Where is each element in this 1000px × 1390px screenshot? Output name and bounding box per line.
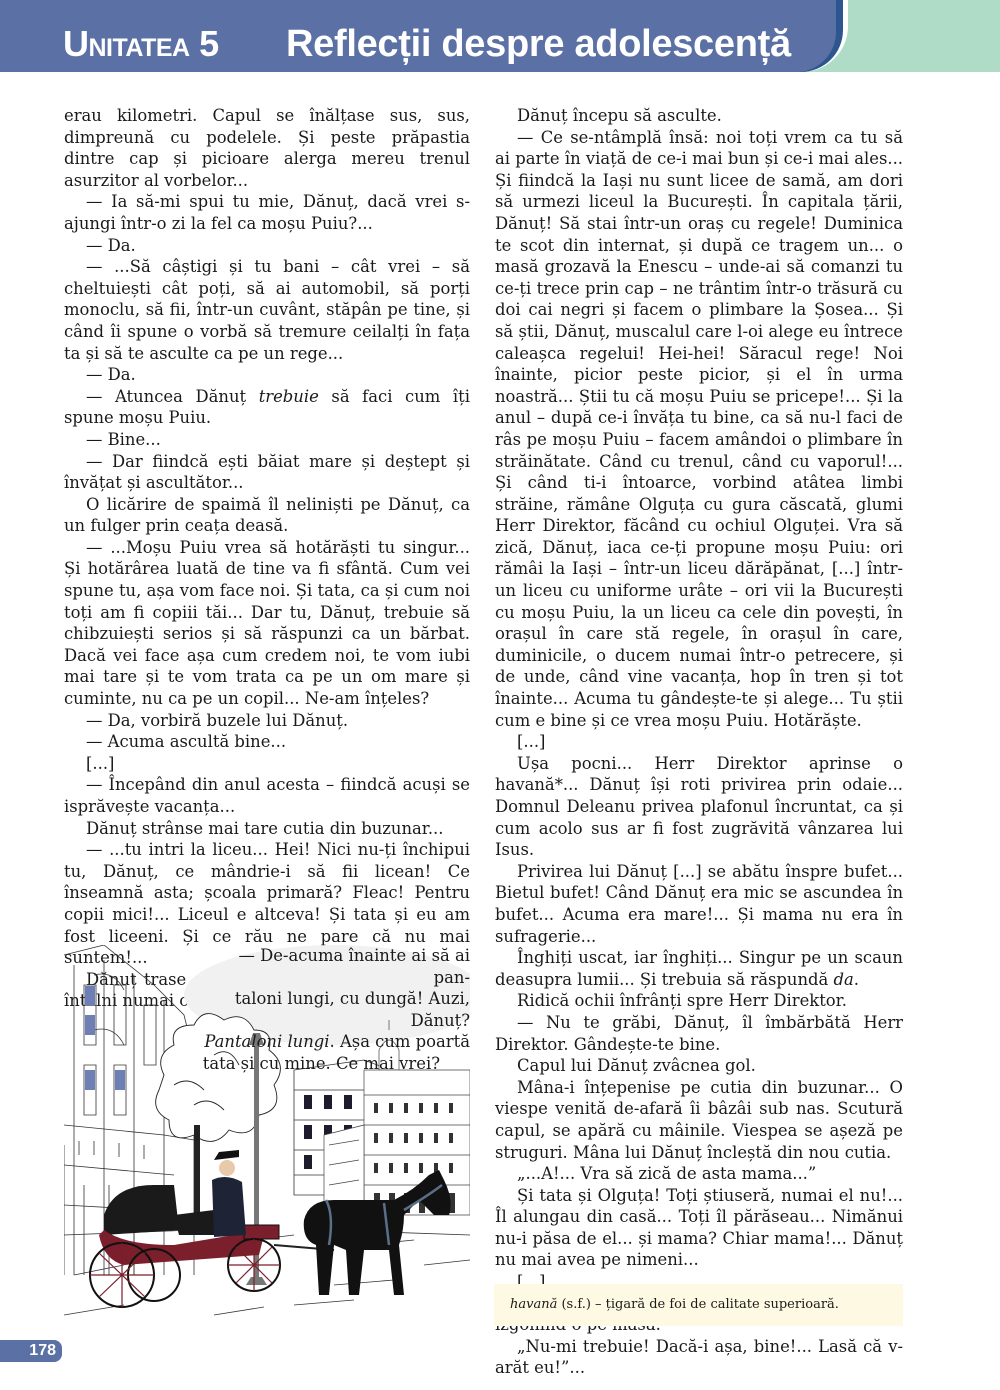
unit-title: Reflecții despre adolescență bbox=[286, 22, 791, 66]
paragraph: — Nu te grăbi, Dănuț, îl îmbărbătă Herr … bbox=[495, 1012, 903, 1055]
quote-italic: Pantaloni lungi bbox=[204, 1032, 329, 1051]
paragraph: Dănuț strânse mai tare cutia din buzunar… bbox=[64, 818, 470, 840]
quote-text: . Așa cum poartă bbox=[330, 1032, 470, 1051]
glossary-definition: (s.f.) – țigară de foi de calitate super… bbox=[557, 1297, 839, 1312]
paragraph: [...] bbox=[495, 731, 903, 753]
paragraph: — Da, vorbiră buzele lui Dănuț. bbox=[64, 710, 470, 732]
page-number: 178 bbox=[0, 1340, 62, 1362]
paragraph: Și tata și Olguța! Toți știuseră, numai … bbox=[495, 1185, 903, 1271]
paragraph: — Dar fiindcă ești băiat mare și deștept… bbox=[64, 451, 470, 494]
paragraph: — Acuma ascultă bine... bbox=[64, 731, 470, 753]
unit-label: Unitatea 5 bbox=[63, 24, 219, 64]
paragraph: „...A!... Vra să zică de asta mama...” bbox=[495, 1163, 903, 1185]
paragraph: [...] bbox=[64, 753, 470, 775]
paragraph: Mâna-i înțepenise pe cutia din buzunar..… bbox=[495, 1077, 903, 1163]
paragraph: Ușa pocni... Herr Direktor aprinse o hav… bbox=[495, 753, 903, 861]
text: . bbox=[854, 970, 859, 989]
paragraph: Privirea lui Dănuț [...] se abătu înspre… bbox=[495, 861, 903, 947]
paragraph: — Atuncea Dănuț trebuie să faci cum îți … bbox=[64, 386, 470, 429]
left-column: erau kilometri. Capul se înălțase sus, s… bbox=[64, 105, 470, 1012]
paragraph: — Ce se-ntâmplă însă: noi toți vrem ca t… bbox=[495, 127, 903, 732]
italic-word: da bbox=[833, 970, 853, 989]
paragraph: Dănuț începu să asculte. bbox=[495, 105, 903, 127]
paragraph: Înghiți uscat, iar înghiți... Singur pe … bbox=[495, 947, 903, 990]
paragraph: — ...Moșu Puiu vrea să hotărăști tu sing… bbox=[64, 537, 470, 710]
text: — Atuncea Dănuț bbox=[86, 387, 259, 406]
paragraph: — Ia să-mi spui tu mie, Dănuț, dacă vrei… bbox=[64, 191, 470, 234]
italic-word: trebuie bbox=[259, 387, 319, 406]
quote-line: taloni lungi, cu dungă! Auzi, Dănuț? bbox=[200, 988, 470, 1031]
page-header: Unitatea 5 Reflecții despre adolescență bbox=[0, 0, 1000, 72]
paragraph: — Bine... bbox=[64, 429, 470, 451]
paragraph: Capul lui Dănuț zvâcnea gol. bbox=[495, 1055, 903, 1077]
quote-line: — De-acuma înainte ai să ai pan- bbox=[200, 945, 470, 988]
paragraph: Ridică ochii înfrânți spre Herr Direktor… bbox=[495, 990, 903, 1012]
glossary-term: havană bbox=[510, 1297, 557, 1312]
dialogue-quote: — De-acuma înainte ai să ai pan- taloni … bbox=[200, 945, 470, 1075]
paragraph: O licărire de spaimă îl neliniști pe Dăn… bbox=[64, 494, 470, 537]
paragraph: „Nu-mi trebuie! Dacă-i așa, bine!... Las… bbox=[495, 1336, 903, 1379]
quote-line: Pantaloni lungi. Așa cum poartă bbox=[200, 1031, 470, 1053]
paragraph: erau kilometri. Capul se înălțase sus, s… bbox=[64, 105, 470, 191]
quote-line: tata și cu mine. Ce mai vrei? bbox=[200, 1053, 470, 1075]
glossary-note: havană (s.f.) – țigară de foi de calitat… bbox=[494, 1284, 903, 1326]
right-column: Dănuț începu să asculte. — Ce se-ntâmplă… bbox=[495, 105, 903, 1379]
paragraph: — Da. bbox=[64, 235, 470, 257]
paragraph: — Începând din anul acesta – fiindcă acu… bbox=[64, 774, 470, 817]
paragraph: — Da. bbox=[64, 364, 470, 386]
paragraph: — ...Să câștigi și tu bani – cât vrei – … bbox=[64, 256, 470, 364]
